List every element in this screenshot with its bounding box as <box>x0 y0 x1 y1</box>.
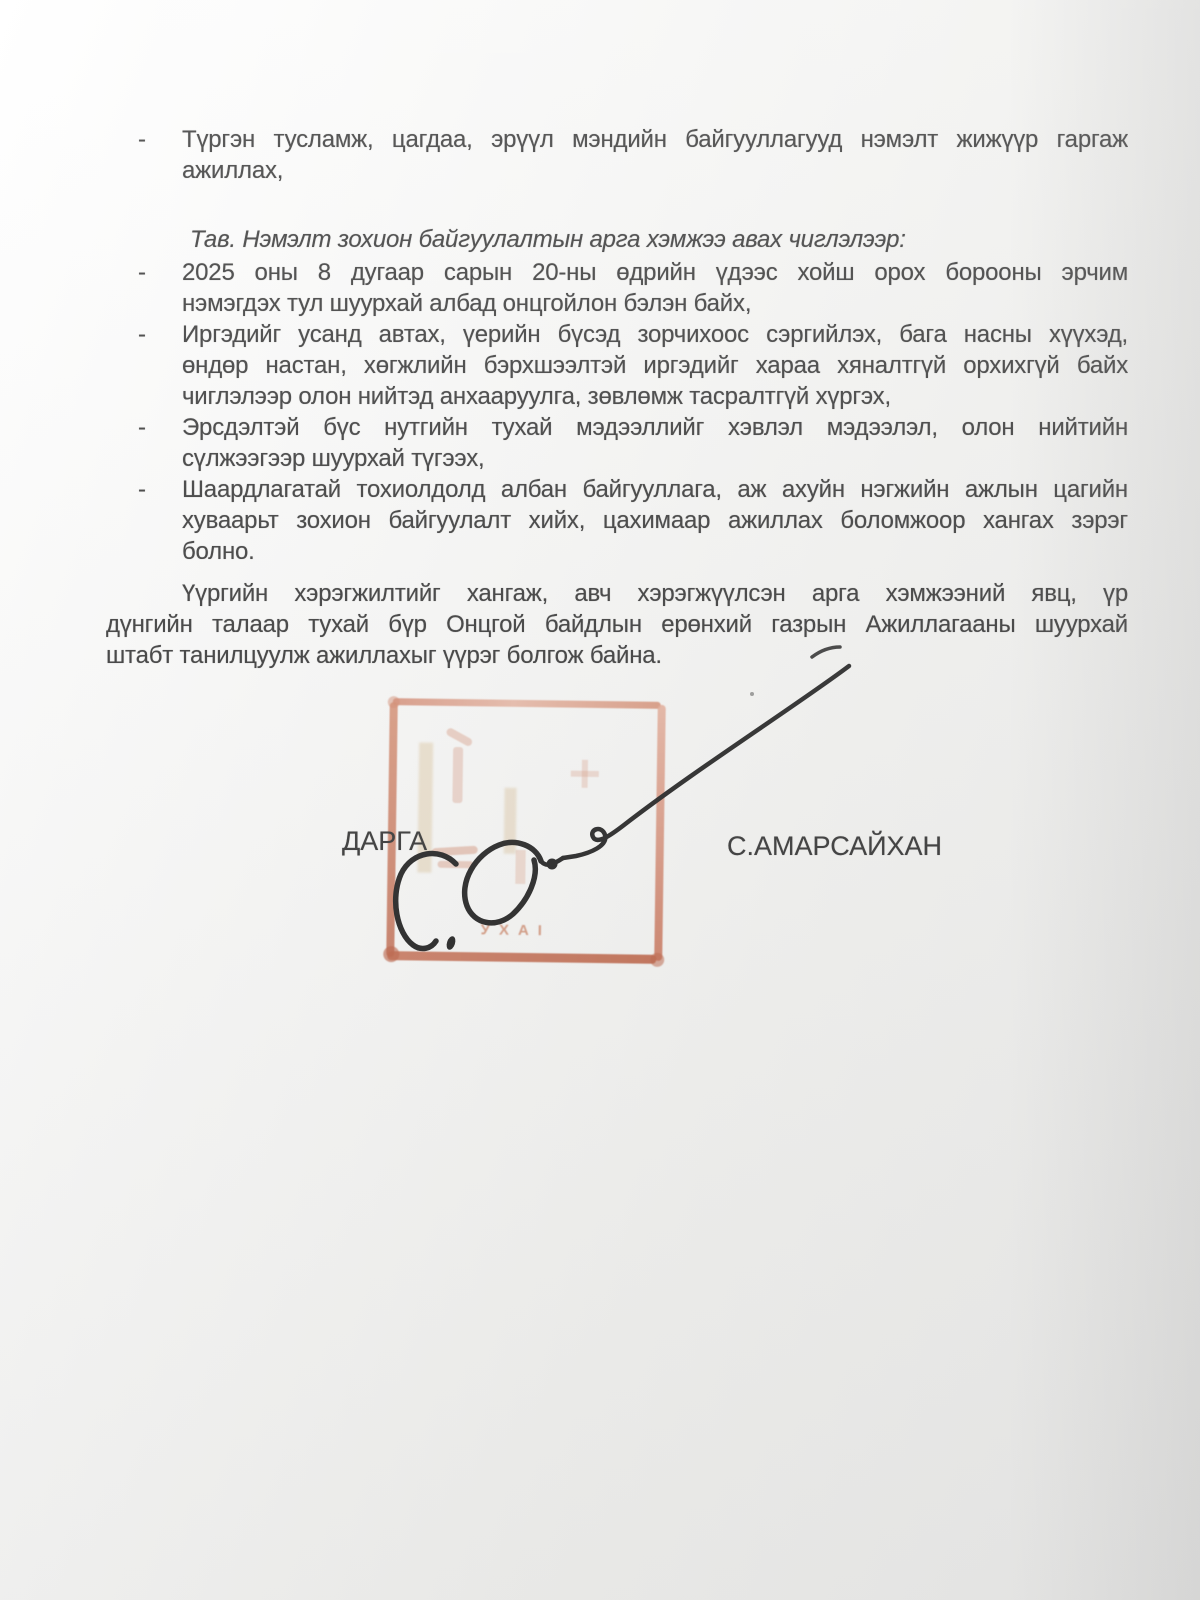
signature-tick-stroke <box>812 647 840 657</box>
text-line: өндөр настан, хөгжлийн бэрхшээлтэй иргэд… <box>182 350 1128 381</box>
signature-comma <box>445 935 457 951</box>
bullet-public-warning: - Иргэдийг усанд автах, үерийн бүсэд зор… <box>106 319 1128 412</box>
signer-name: С.АМАРСАЙХАН <box>727 831 942 862</box>
text-line: 2025 оны 8 дугаар сарын 20-ны өдрийн үдэ… <box>182 257 1128 288</box>
bullet-dash: - <box>138 319 146 350</box>
text-line: хуваарьт зохион байгуулалт хийх, цахимаа… <box>182 505 1128 536</box>
text-line: Эрсдэлтэй бүс нутгийн тухай мэдээллийг х… <box>182 412 1128 443</box>
bullet-dash: - <box>138 124 146 155</box>
signature-c-stroke <box>396 854 456 949</box>
signature-ink-speck <box>750 692 754 696</box>
signature-ink <box>380 600 860 980</box>
signature-long-stroke <box>563 666 849 858</box>
signature-oval-stroke <box>465 842 541 922</box>
text-line: болно. <box>182 536 1128 567</box>
bullet-extra-duty: - Түргэн тусламж, цагдаа, эрүүл мэндийн … <box>106 124 1128 186</box>
text-line: нэмэгдэх тул шуурхай албад онцгойлон бэл… <box>182 288 1128 319</box>
text-line: Иргэдийг усанд автах, үерийн бүсэд зорчи… <box>182 319 1128 350</box>
bullet-rain-intensity: - 2025 оны 8 дугаар сарын 20-ны өдрийн ү… <box>106 257 1128 319</box>
bullet-dash: - <box>138 474 146 505</box>
text-line: чиглэлээр олон нийтэд анхааруулга, зөвлө… <box>182 381 1128 412</box>
text-line: сүлжээгээр шуурхай түгээх, <box>182 443 1128 474</box>
text-line: ажиллах, <box>182 155 1128 186</box>
scanned-document-page: - Түргэн тусламж, цагдаа, эрүүл мэндийн … <box>0 0 1200 1600</box>
bullet-dash: - <box>138 257 146 288</box>
text-line: Түргэн тусламж, цагдаа, эрүүл мэндийн ба… <box>182 124 1128 155</box>
bullet-risk-info: - Эрсдэлтэй бүс нутгийн тухай мэдээллийг… <box>106 412 1128 474</box>
section-five-heading: Тав. Нэмэлт зохион байгуулалтын арга хэм… <box>106 224 1128 255</box>
signature-knot-blob <box>547 859 558 870</box>
signer-title: ДАРГА <box>342 826 427 857</box>
bullet-dash: - <box>138 412 146 443</box>
text-line: Шаардлагатай тохиолдолд албан байгууллаг… <box>182 474 1128 505</box>
bullet-work-schedule: - Шаардлагатай тохиолдолд албан байгуулл… <box>106 474 1128 567</box>
